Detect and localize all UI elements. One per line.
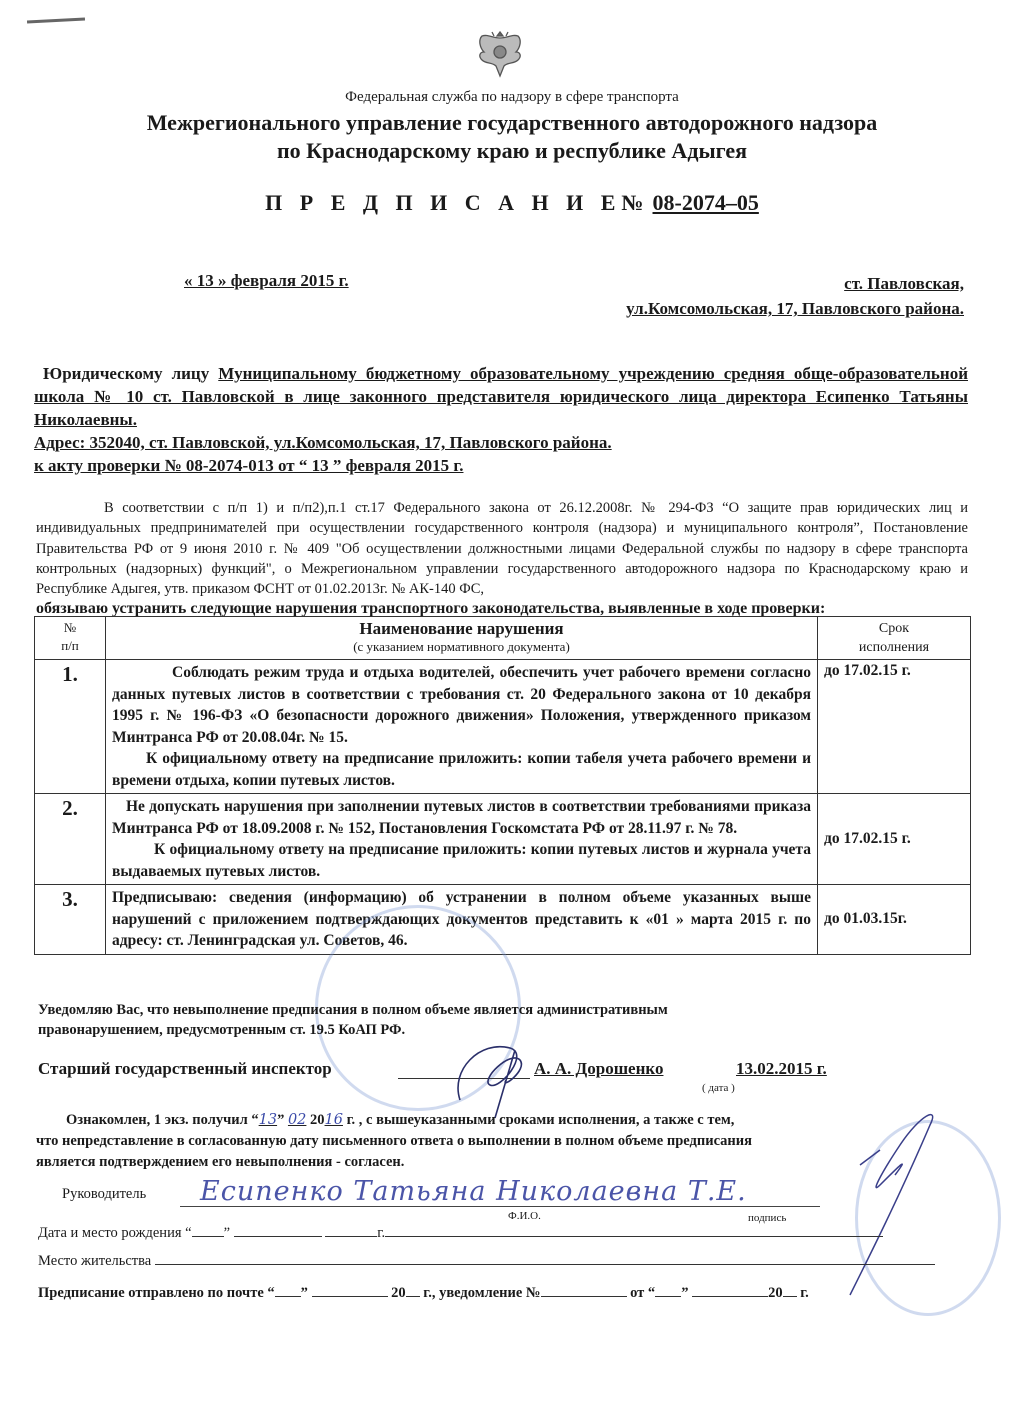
row-deadline: до 17.02.15 г. [818, 660, 971, 794]
header-number: № п/п [35, 617, 106, 660]
row-violation: Соблюдать режим труда и отдыха водителей… [106, 660, 818, 794]
table-row: 2. Не допускать нарушения при заполнении… [35, 794, 971, 885]
header-deadline: Срок исполнения [818, 617, 971, 660]
place-line-1: ст. Павловская, [626, 271, 964, 296]
inspector-title: Старший государственный инспектор [38, 1059, 332, 1079]
number-sign: № [621, 190, 644, 215]
coat-of-arms-icon [470, 26, 530, 82]
head-signature-line [180, 1206, 820, 1207]
head-handwritten-name: Есипенко Татьяна Николаевна Т.Е. [200, 1176, 747, 1207]
date-caption: ( дата ) [702, 1082, 735, 1094]
issue-place: ст. Павловская, ул.Комсомольская, 17, Па… [626, 271, 964, 321]
act-reference: к акту проверки № 08-2074-013 от “ 13 ” … [34, 454, 968, 477]
birth-place-input[interactable] [385, 1222, 883, 1237]
ack-day: 13 [259, 1112, 277, 1128]
title-label: П Р Е Д П И С А Н И Е [265, 190, 621, 215]
birth-year-input[interactable] [325, 1222, 377, 1237]
header-violation: Наименование нарушения (с указанием норм… [106, 617, 818, 660]
row-number: 3. [35, 885, 106, 955]
mail-field: Предписание отправлено по почте “” 20 г.… [38, 1282, 809, 1302]
residence-input[interactable] [155, 1250, 935, 1265]
inspector-date: 13.02.2015 г. [736, 1059, 827, 1079]
notification-month-input[interactable] [692, 1282, 768, 1297]
preamble-text: В соответствии с п/п 1) и п/п2),п.1 ст.1… [36, 498, 968, 599]
document-title: П Р Е Д П И С А Н И Е№08-2074–05 [0, 190, 1024, 216]
acknowledgement-block: Ознакомлен, 1 экз. получил “13” 02 2016 … [36, 1110, 936, 1173]
addressee-address: Адрес: 352040, ст. Павловской, ул.Комсом… [34, 431, 968, 454]
birth-field: Дата и место рождения “” г. [38, 1222, 883, 1242]
row-number: 1. [35, 660, 106, 794]
addressee-prefix: Юридическому лицу [43, 364, 218, 383]
agency-name: Федеральная служба по надзору в сфере тр… [0, 89, 1024, 106]
org-line-1: Межрегионального управление государствен… [0, 109, 1024, 137]
inspector-name: А. А. Дорошенко [534, 1059, 663, 1079]
notification-number-input[interactable] [541, 1282, 627, 1297]
fio-caption: Ф.И.О. [508, 1210, 541, 1222]
org-line-2: по Краснодарскому краю и республике Адыг… [0, 137, 1024, 165]
notification-year-input[interactable] [783, 1282, 797, 1297]
row-deadline: до 17.02.15 г. [818, 794, 971, 885]
head-signature [840, 1105, 960, 1305]
liability-notice: Уведомляю Вас, что невыполнение предписа… [38, 1000, 668, 1040]
birth-day-input[interactable] [192, 1222, 224, 1237]
addressee-block: Юридическому лицу Муниципальному бюджетн… [34, 362, 968, 477]
ack-year: 16 [325, 1112, 343, 1128]
birth-month-input[interactable] [234, 1222, 322, 1237]
row-number: 2. [35, 794, 106, 885]
table-header-row: № п/п Наименование нарушения (с указание… [35, 617, 971, 660]
document-number: 08-2074–05 [653, 190, 759, 215]
notification-day-input[interactable] [655, 1282, 681, 1297]
head-label: Руководитель [62, 1186, 146, 1203]
violations-table: № п/п Наименование нарушения (с указание… [34, 616, 971, 955]
scan-mark [27, 17, 85, 23]
table-row: 3. Предписываю: сведения (информацию) об… [35, 885, 971, 955]
place-line-2: ул.Комсомольская, 17, Павловского района… [626, 296, 964, 321]
legal-preamble: В соответствии с п/п 1) и п/п2),п.1 ст.1… [36, 498, 968, 620]
issue-date: « 13 » февраля 2015 г. [184, 271, 349, 291]
mail-month-input[interactable] [312, 1282, 388, 1297]
row-violation: Не допускать нарушения при заполнении пу… [106, 794, 818, 885]
table-row: 1. Соблюдать режим труда и отдыха водите… [35, 660, 971, 794]
row-deadline: до 01.03.15г. [818, 885, 971, 955]
mail-year-input[interactable] [406, 1282, 420, 1297]
ack-month: 02 [288, 1112, 306, 1128]
organization-name: Межрегионального управление государствен… [0, 109, 1024, 165]
mail-day-input[interactable] [275, 1282, 301, 1297]
residence-field: Место жительства [38, 1250, 935, 1270]
